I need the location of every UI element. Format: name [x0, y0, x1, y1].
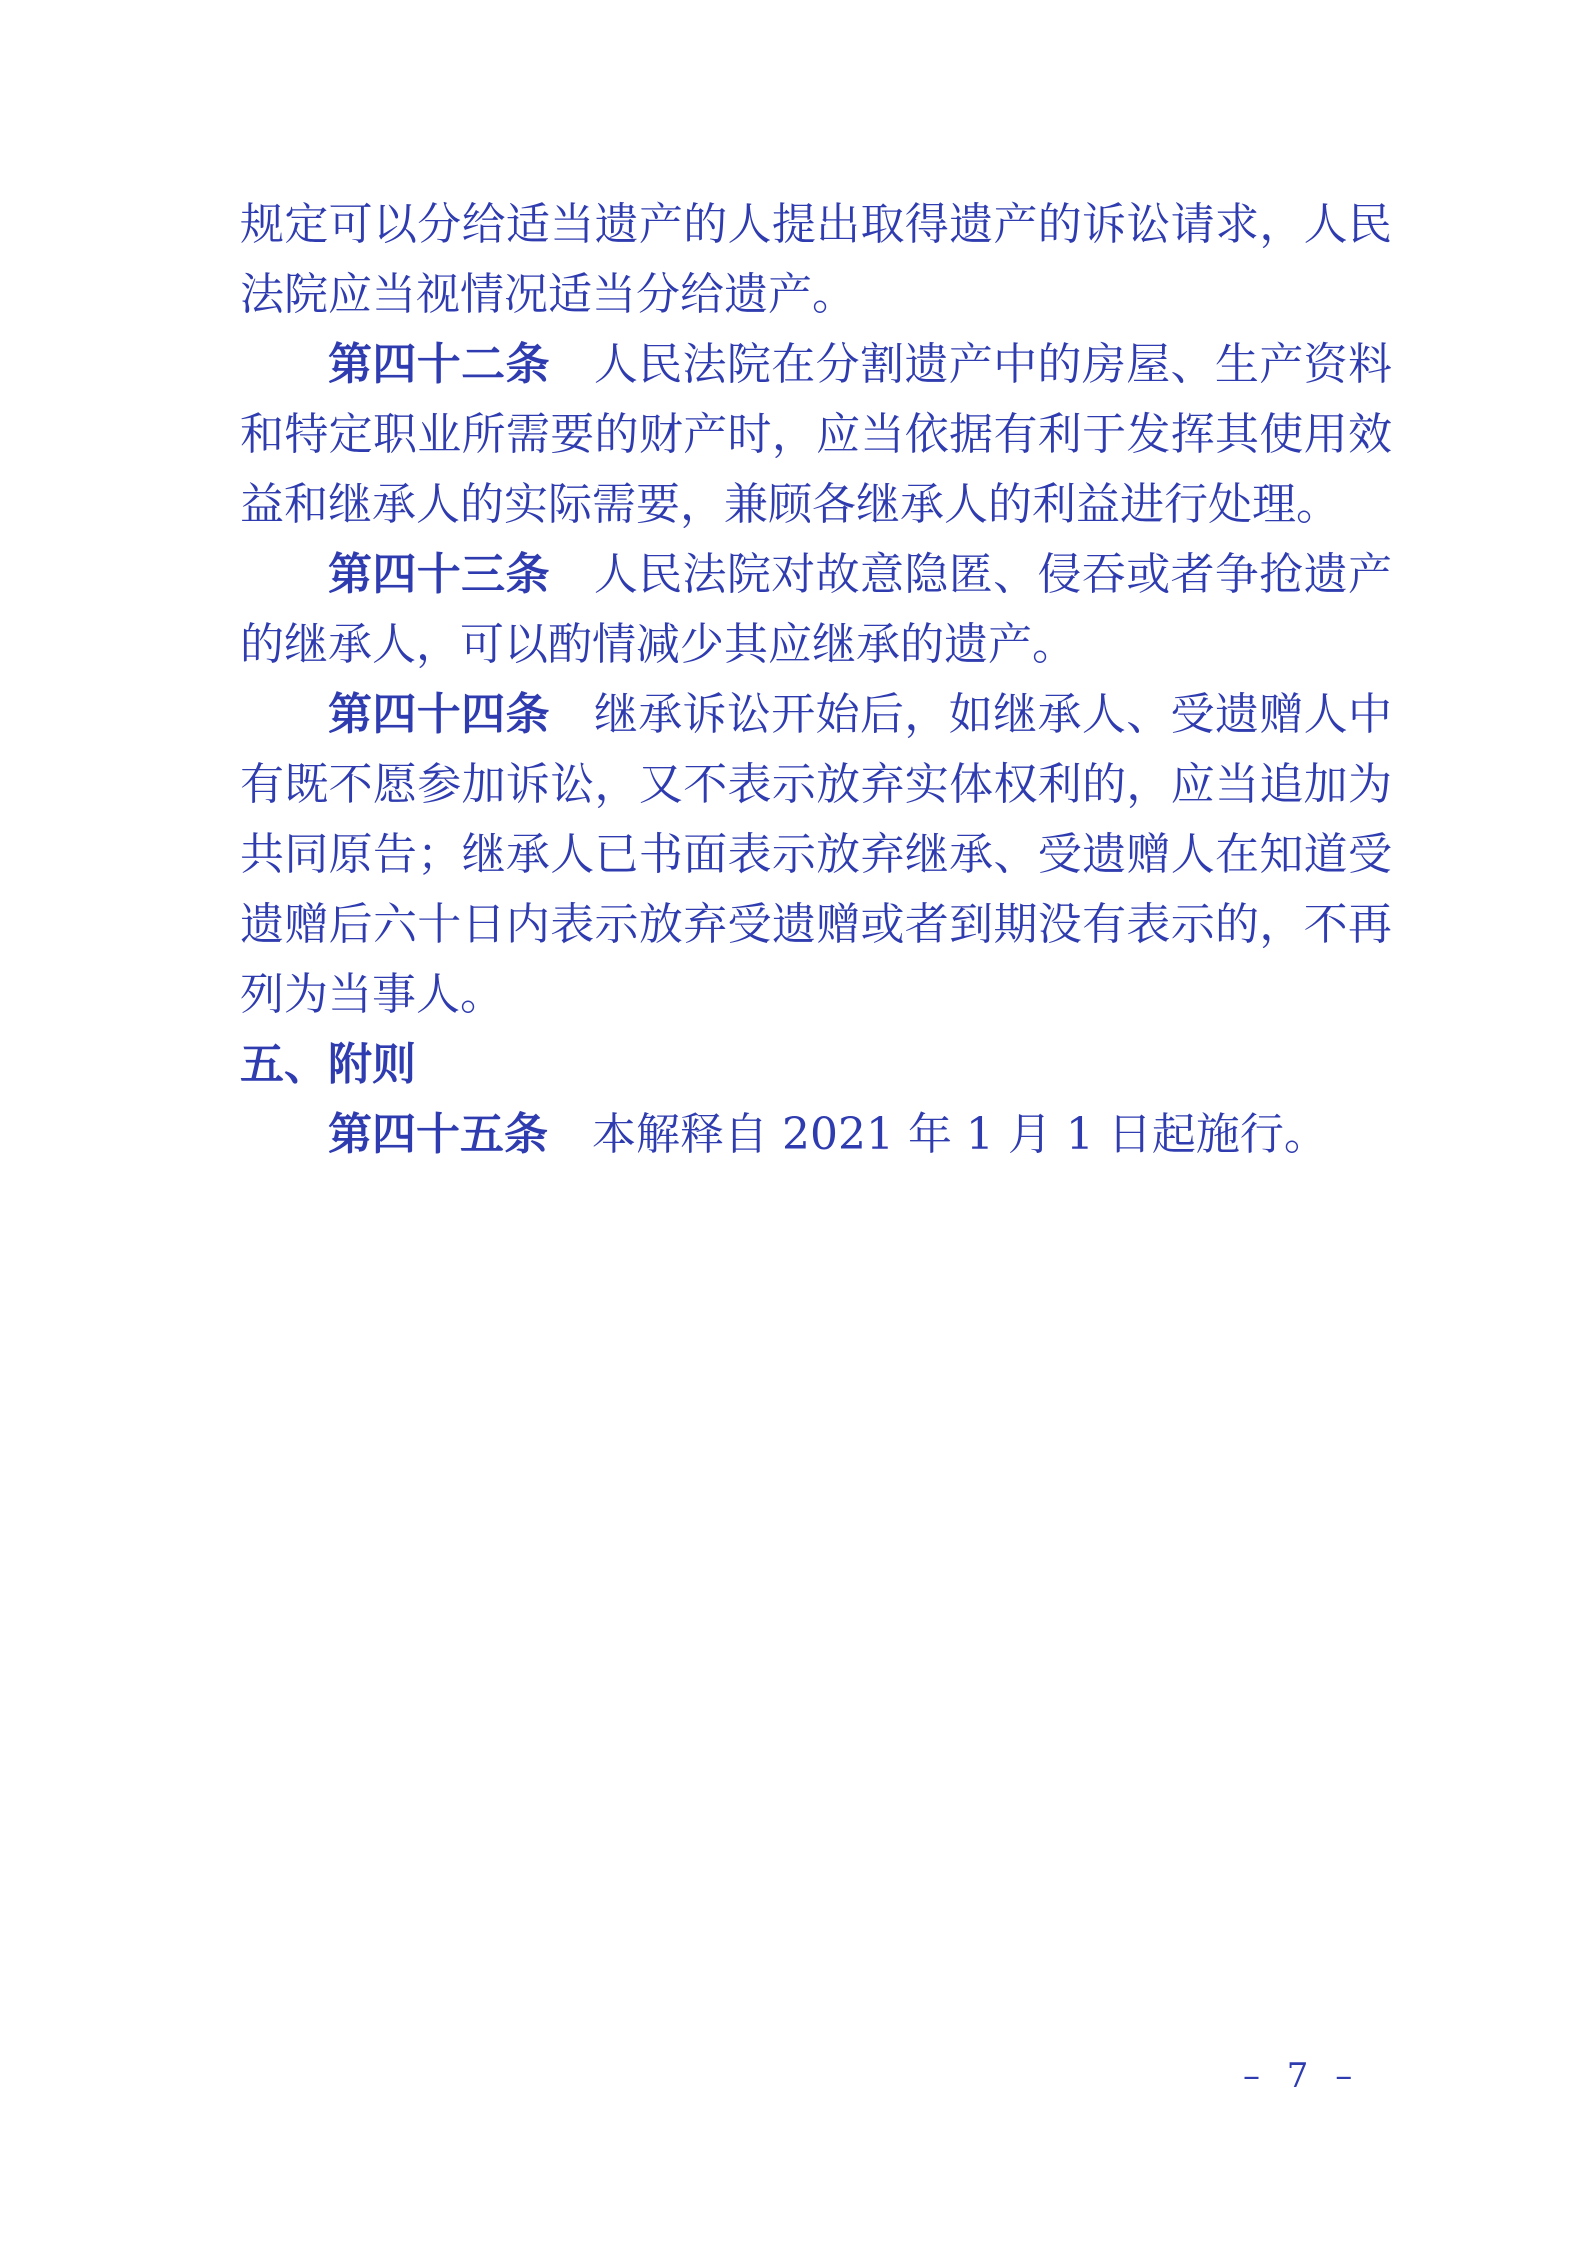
article-term-44: 第四十四条: [328, 690, 550, 739]
continuation-paragraph-text: 规定可以分给适当遗产的人提出取得遗产的诉讼请求，人民法院应当视情况适当分给遗产。: [240, 199, 1392, 320]
article-term-43: 第四十三条: [328, 550, 550, 599]
article-paragraph-44: 第四十四条继承诉讼开始后，如继承人、受遗赠人中有既不愿参加诉讼，又不表示放弃实体…: [240, 680, 1392, 1030]
document-page: 规定可以分给适当遗产的人提出取得遗产的诉讼请求，人民法院应当视情况适当分给遗产。…: [0, 0, 1587, 2245]
page-number: – 7 –: [1243, 2056, 1360, 2096]
article-paragraph-42: 第四十二条人民法院在分割遗产中的房屋、生产资料和特定职业所需要的财产时，应当依据…: [240, 330, 1392, 540]
article-term-42: 第四十二条: [328, 340, 550, 389]
article-paragraph-43: 第四十三条人民法院对故意隐匿、侵吞或者争抢遗产的继承人，可以酌情减少其应继承的遗…: [240, 540, 1392, 680]
article-term-45: 第四十五条: [328, 1110, 548, 1159]
continuation-paragraph: 规定可以分给适当遗产的人提出取得遗产的诉讼请求，人民法院应当视情况适当分给遗产。: [240, 190, 1392, 330]
body-text: 规定可以分给适当遗产的人提出取得遗产的诉讼请求，人民法院应当视情况适当分给遗产。…: [240, 190, 1392, 1170]
article-text-45: 本解释自 2021 年 1 月 1 日起施行。: [592, 1109, 1328, 1160]
article-paragraph-45: 第四十五条本解释自 2021 年 1 月 1 日起施行。: [240, 1100, 1392, 1170]
section-heading-appendix: 五、附则: [240, 1030, 1392, 1100]
